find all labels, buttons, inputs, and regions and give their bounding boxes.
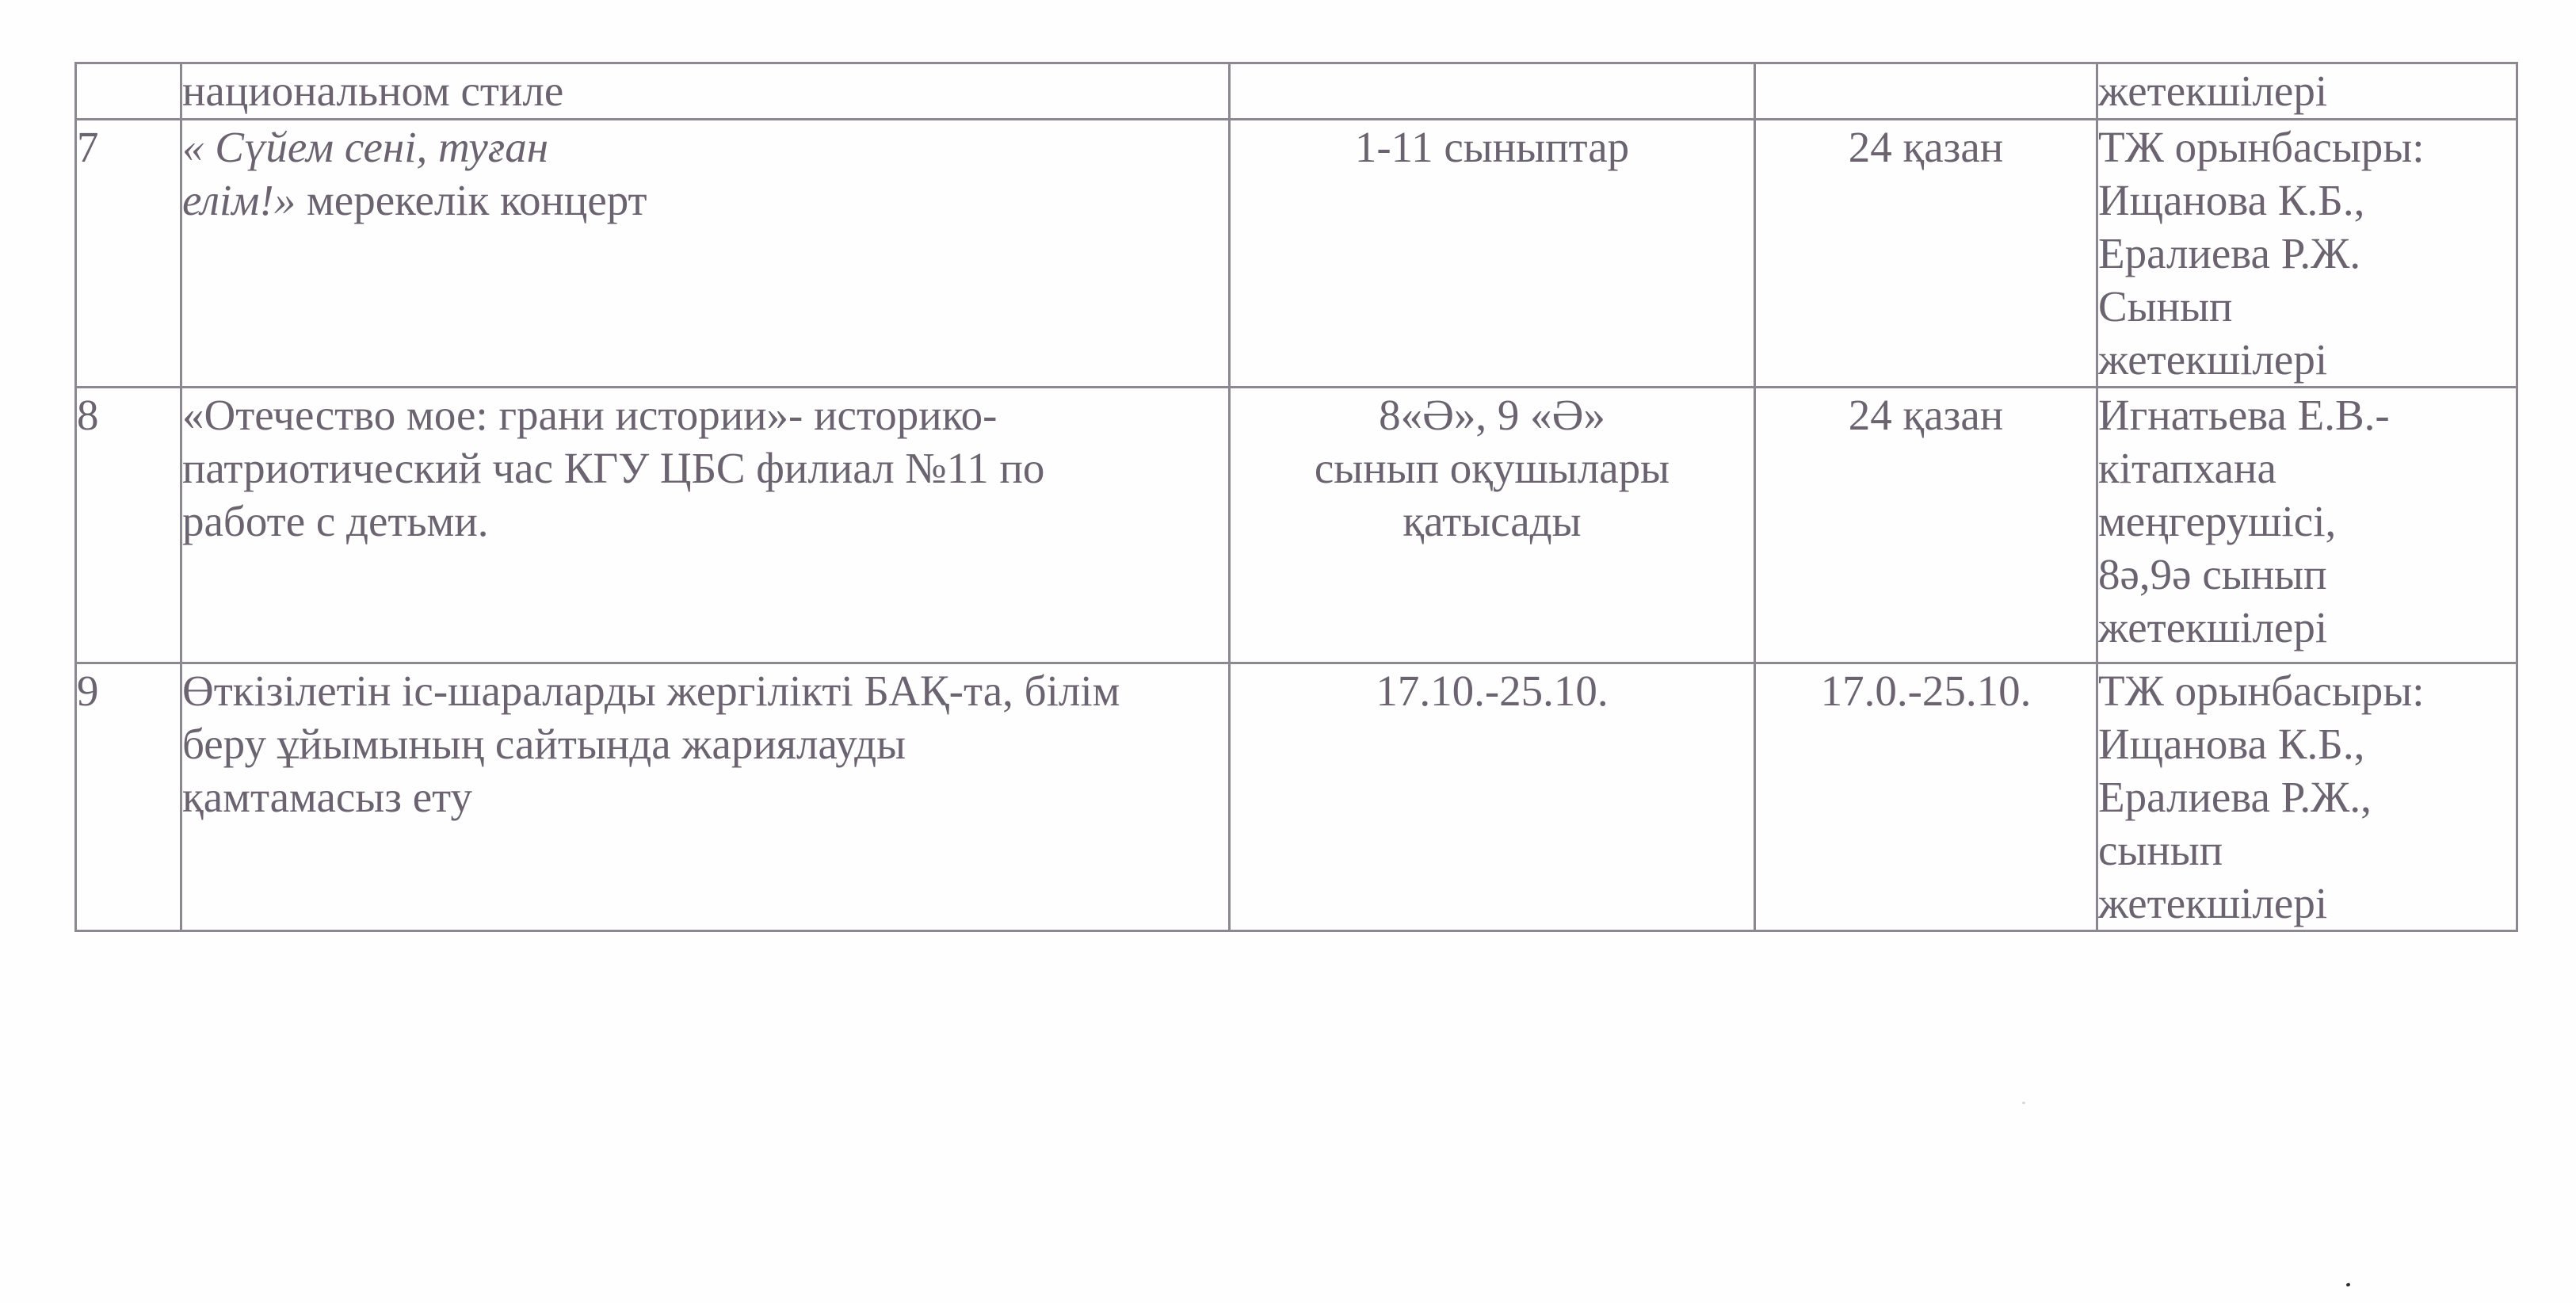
responsible-line: 8ә,9ә сынып xyxy=(2098,548,2516,601)
event-title-italic: елім!» xyxy=(182,176,296,224)
participants-line: 17.10.-25.10. xyxy=(1231,664,1754,717)
cell-number: 9 xyxy=(76,663,181,931)
cell-number xyxy=(76,63,181,120)
cell-event: национальном стиле xyxy=(181,63,1230,120)
table-row: 9 Өткізілетін іс-шараларды жергілікті БА… xyxy=(76,663,2517,931)
cell-date xyxy=(1755,63,2097,120)
cell-responsible: ТЖ орынбасыры: Ищанова К.Б., Ералиева Р.… xyxy=(2097,663,2517,931)
cell-responsible: ТЖ орынбасыры: Ищанова К.Б., Ералиева Р.… xyxy=(2097,120,2517,388)
event-title-italic: « Сүйем сені, туған xyxy=(182,123,548,171)
date-line: 24 қазан xyxy=(1756,120,2096,174)
cell-event: Өткізілетін іс-шараларды жергілікті БАҚ-… xyxy=(181,663,1230,931)
row-number: 9 xyxy=(77,667,99,715)
responsible-line: жетекшілері xyxy=(2098,877,2516,930)
responsible-line: меңгерушісі, xyxy=(2098,495,2516,548)
cell-participants: 17.10.-25.10. xyxy=(1230,663,1755,931)
responsible-line: ТЖ орынбасыры: xyxy=(2098,120,2516,174)
responsible-line: кітапхана xyxy=(2098,441,2516,495)
event-line: Өткізілетін іс-шараларды жергілікті БАҚ-… xyxy=(182,664,1228,717)
participants-line: 1-11 сыныптар xyxy=(1231,120,1754,174)
responsible-line: Ералиева Р.Ж. xyxy=(2098,227,2516,280)
responsible-line: сынып xyxy=(2098,823,2516,877)
cell-responsible: Игнатьева Е.В.- кітапхана меңгерушісі, 8… xyxy=(2097,388,2517,663)
cell-participants: 8«Ә», 9 «Ә» сынып оқушылары қатысады xyxy=(1230,388,1755,663)
table-row-continuation: национальном стиле жетекшілері xyxy=(76,63,2517,120)
responsible-line: Сынып xyxy=(2098,280,2516,333)
participants-line: сынып оқушылары xyxy=(1231,441,1754,495)
table-row: 7 « Сүйем сені, туған елім!» мерекелік к… xyxy=(76,120,2517,388)
responsible-line: жетекшілері xyxy=(2098,64,2516,117)
participants-line: қатысады xyxy=(1231,495,1754,548)
date-line: 17.0.-25.10. xyxy=(1756,664,2096,717)
event-line: патриотический час КГУ ЦБС филиал №11 по xyxy=(182,441,1228,495)
cell-participants: 1-11 сыныптар xyxy=(1230,120,1755,388)
cell-number: 7 xyxy=(76,120,181,388)
row-number: 7 xyxy=(77,123,99,171)
participants-line: 8«Ә», 9 «Ә» xyxy=(1231,388,1754,441)
cell-date: 17.0.-25.10. xyxy=(1755,663,2097,931)
responsible-line: Ищанова К.Б., xyxy=(2098,717,2516,770)
responsible-line: жетекшілері xyxy=(2098,601,2516,654)
scan-speck xyxy=(2345,1282,2350,1287)
responsible-line: жетекшілері xyxy=(2098,333,2516,386)
cell-participants xyxy=(1230,63,1755,120)
event-plan-table-body: национальном стиле жетекшілері 7 « Сүйем… xyxy=(76,63,2517,931)
event-line: «Отечество мое: грани истории»- историко… xyxy=(182,388,1228,441)
responsible-line: Игнатьева Е.В.- xyxy=(2098,388,2516,441)
cell-number: 8 xyxy=(76,388,181,663)
event-line: « Сүйем сені, туған xyxy=(182,120,1228,174)
cell-responsible: жетекшілері xyxy=(2097,63,2517,120)
responsible-line: Ищанова К.Б., xyxy=(2098,174,2516,227)
scan-speck xyxy=(2022,1102,2025,1104)
event-text: мерекелік концерт xyxy=(296,176,647,224)
table-row: 8 «Отечество мое: грани истории»- истори… xyxy=(76,388,2517,663)
event-line: қамтамасыз ету xyxy=(182,770,1228,823)
cell-event: «Отечество мое: грани истории»- историко… xyxy=(181,388,1230,663)
event-line: работе с детьми. xyxy=(182,495,1228,548)
event-line: беру ұйымының сайтында жариялауды xyxy=(182,717,1228,770)
responsible-line: ТЖ орынбасыры: xyxy=(2098,664,2516,717)
date-line: 24 қазан xyxy=(1756,388,2096,441)
event-line: елім!» мерекелік концерт xyxy=(182,174,1228,227)
scanned-page: национальном стиле жетекшілері 7 « Сүйем… xyxy=(0,0,2576,1303)
cell-date: 24 қазан xyxy=(1755,388,2097,663)
cell-date: 24 қазан xyxy=(1755,120,2097,388)
row-number: 8 xyxy=(77,391,99,439)
cell-event: « Сүйем сені, туған елім!» мерекелік кон… xyxy=(181,120,1230,388)
event-plan-table: национальном стиле жетекшілері 7 « Сүйем… xyxy=(74,62,2518,932)
responsible-line: Ералиева Р.Ж., xyxy=(2098,770,2516,823)
event-line: национальном стиле xyxy=(182,64,1228,117)
